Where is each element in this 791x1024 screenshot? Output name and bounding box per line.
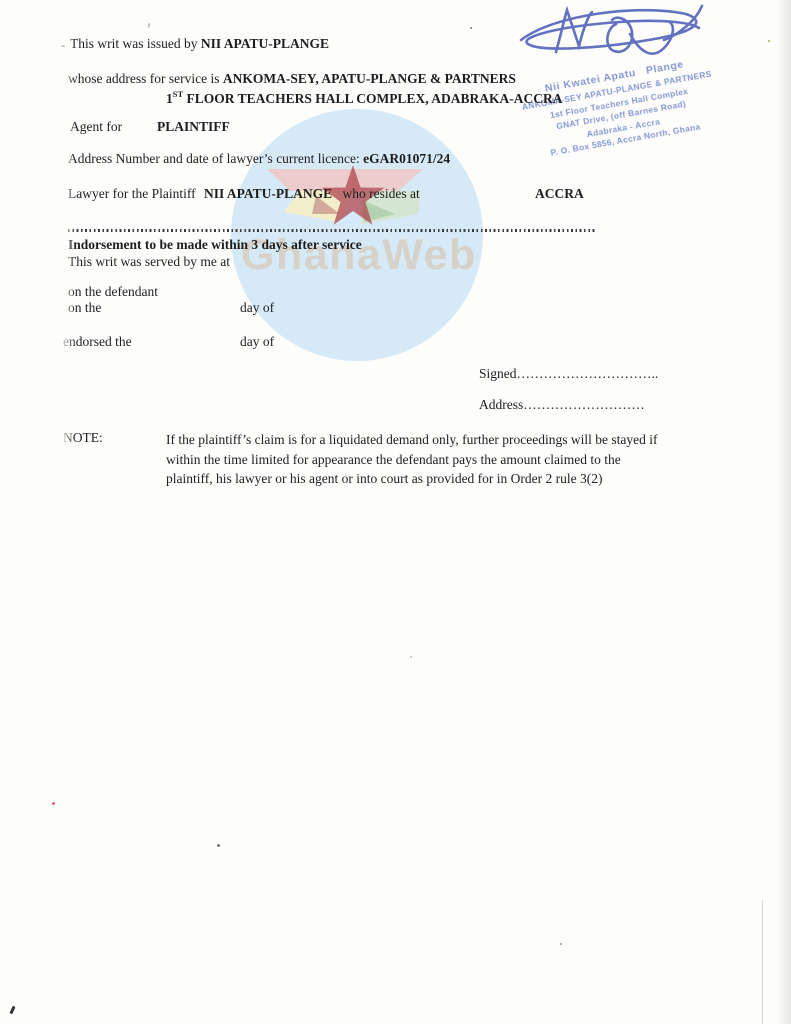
writ-document-page: GhanaWeb Nii Kwatei Apatu Plange ANKOMA-… [0,0,791,1024]
handwritten-signature [0,0,791,1024]
